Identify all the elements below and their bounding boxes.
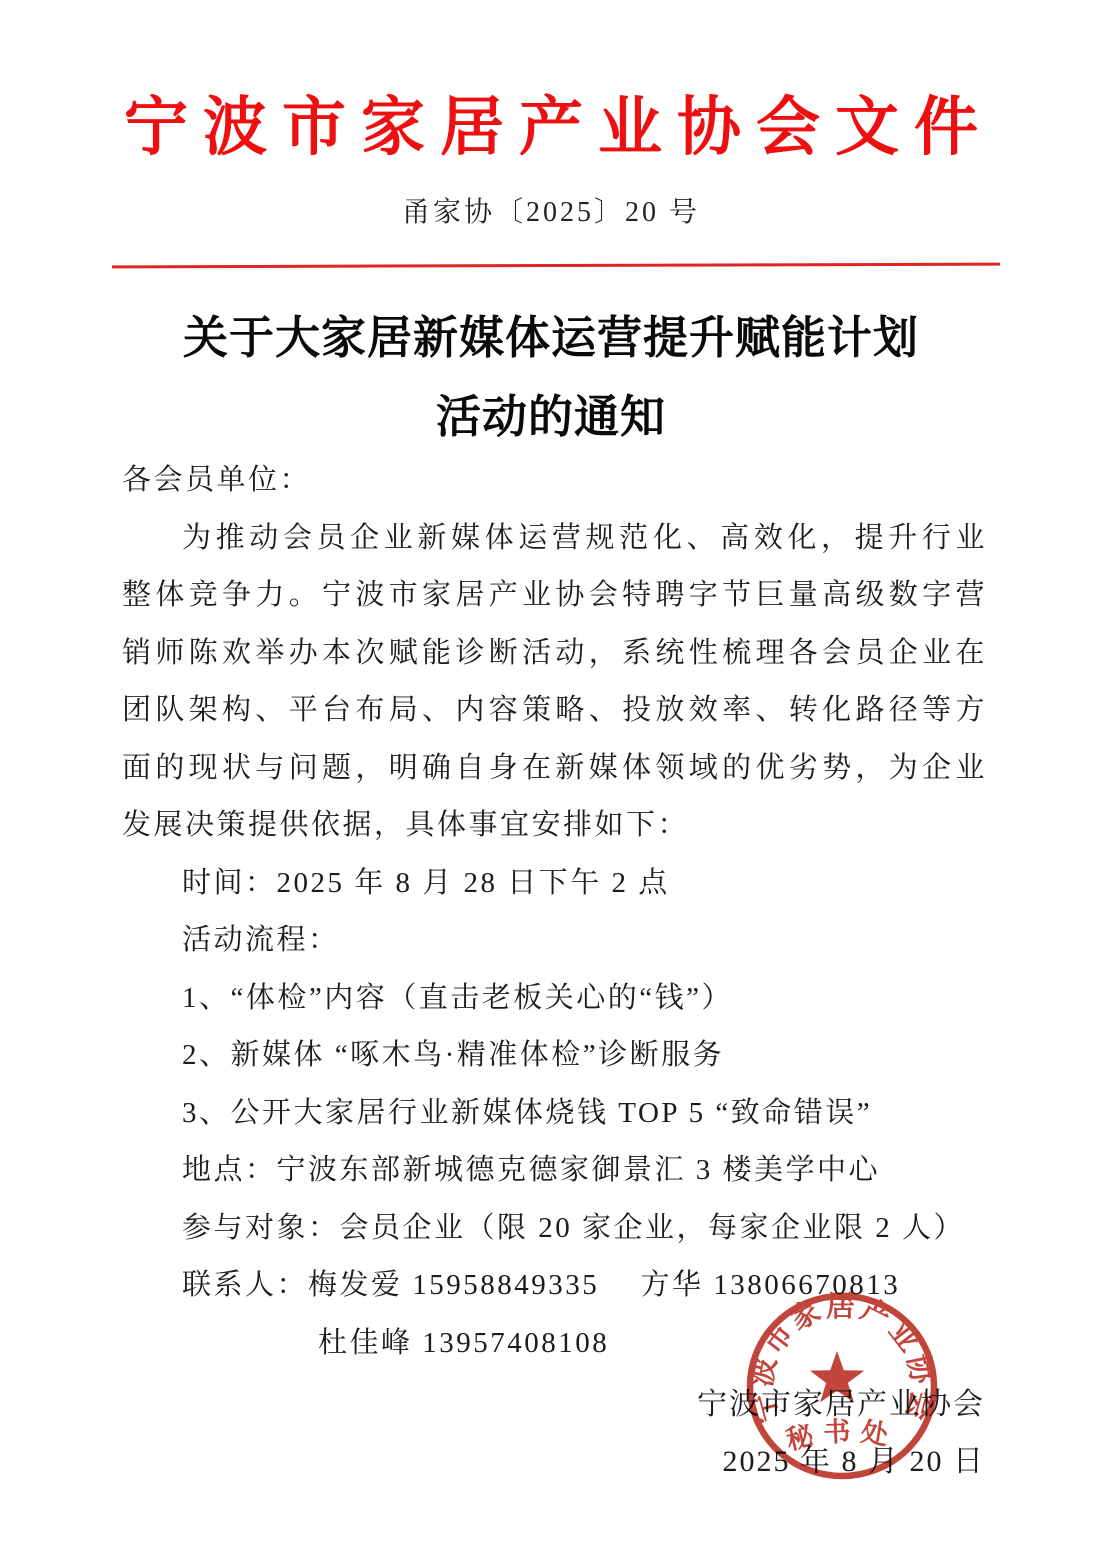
signature-org: 宁波市家居产业协会 [697,1376,985,1433]
body-line: 发展决策提供依据，具体事宜安排如下： [122,797,985,855]
red-divider-rule [112,263,1000,269]
body-line-participants: 参与对象：会员企业（限 20 家企业，每家企业限 2 人） [122,1200,985,1258]
doc-number: 甬家协〔2025〕20 号 [0,190,1102,230]
body-line: 面的现状与问题，明确自身在新媒体领域的优劣势，为企业 [122,740,985,798]
body-line-location: 地点：宁波东部新城德克德家御景汇 3 楼美学中心 [122,1142,985,1200]
body-line-agenda-1: 1、“体检”内容（直击老板关心的“钱”） [122,970,985,1028]
body-line-contact-2: 杜佳峰 13957408108 [122,1315,985,1373]
body-line-time: 时间：2025 年 8 月 28 日下午 2 点 [122,855,985,913]
org-header-title: 宁波市家居产业协会文件 [0,76,1102,168]
document-body: 各会员单位： 为推动会员企业新媒体运营规范化、高效化，提升行业 整体竞争力。宁波… [122,452,985,1372]
doc-title-line2: 活动的通知 [0,380,1102,445]
closing-block: 宁波市家居产业协会 2025 年 8 月 20 日 [697,1376,985,1490]
body-line-agenda-header: 活动流程： [122,912,985,970]
body-line-agenda-3: 3、公开大家居行业新媒体烧钱 TOP 5 “致命错误” [122,1085,985,1143]
body-line: 销师陈欢举办本次赋能诊断活动，系统性梳理各会员企业在 [122,625,985,683]
body-line: 为推动会员企业新媒体运营规范化、高效化，提升行业 [122,510,985,568]
signature-date: 2025 年 8 月 20 日 [697,1433,985,1490]
body-line-salutation: 各会员单位： [122,452,985,510]
body-line: 整体竞争力。宁波市家居产业协会特聘字节巨量高级数字营 [122,567,985,625]
body-line-agenda-2: 2、新媒体 “啄木鸟·精准体检”诊断服务 [122,1027,985,1085]
body-line: 团队架构、平台布局、内容策略、投放效率、转化路径等方 [122,682,985,740]
body-line-contacts: 联系人：梅发爱 15958849335 方华 13806670813 [122,1257,985,1315]
document-page: { "page": { "org_header": "宁波市家居产业协会文件",… [0,0,1102,1559]
doc-title-line1: 关于大家居新媒体运营提升赋能计划 [0,301,1102,366]
